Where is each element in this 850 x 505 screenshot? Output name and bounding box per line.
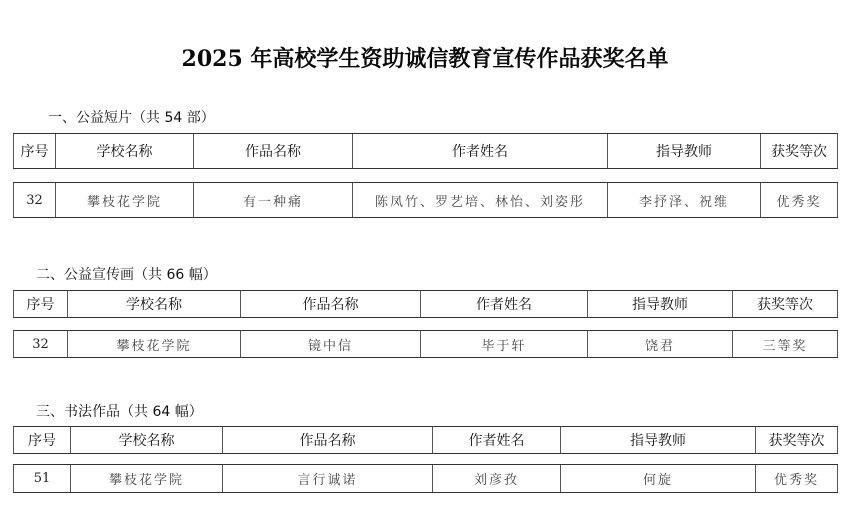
table-row: 32 攀枝花学院 有一种痛 陈凤竹、罗艺培、林怡、刘姿彤 李抒泽、祝维 优秀奖 (13, 182, 838, 218)
cell-index: 32 (13, 183, 55, 217)
cell-authors: 毕于轩 (420, 331, 587, 357)
section-heading-posters: 二、公益宣传画（共 66 幅） (36, 264, 217, 284)
document-title: 2025 年高校学生资助诚信教育宣传作品获奖名单 (0, 42, 850, 73)
cell-work: 镜中信 (240, 331, 420, 357)
cell-advisors: 饶君 (587, 331, 732, 357)
cell-authors: 刘彦孜 (432, 465, 560, 492)
table-header-row: 序号 学校名称 作品名称 作者姓名 指导教师 获奖等次 (13, 290, 838, 318)
header-award: 获奖等次 (732, 291, 838, 317)
header-index: 序号 (13, 134, 55, 168)
header-index: 序号 (13, 427, 70, 453)
section-heading-short-films: 一、公益短片（共 54 部） (48, 107, 215, 127)
cell-advisors: 李抒泽、祝维 (607, 183, 760, 217)
header-authors: 作者姓名 (352, 134, 607, 168)
header-advisors: 指导教师 (587, 291, 732, 317)
header-index: 序号 (13, 291, 67, 317)
header-advisors: 指导教师 (560, 427, 755, 453)
cell-school: 攀枝花学院 (55, 183, 193, 217)
table-header-row: 序号 学校名称 作品名称 作者姓名 指导教师 获奖等次 (13, 426, 838, 454)
cell-advisors: 何旋 (560, 465, 755, 492)
cell-award: 三等奖 (732, 331, 838, 357)
header-school: 学校名称 (70, 427, 222, 453)
cell-award: 优秀奖 (760, 183, 838, 217)
cell-school: 攀枝花学院 (67, 331, 240, 357)
section-heading-calligraphy: 三、书法作品（共 64 幅） (36, 401, 203, 421)
header-school: 学校名称 (67, 291, 240, 317)
cell-work: 言行诚诺 (222, 465, 432, 492)
header-authors: 作者姓名 (420, 291, 587, 317)
header-work: 作品名称 (222, 427, 432, 453)
cell-index: 51 (13, 465, 70, 492)
cell-school: 攀枝花学院 (70, 465, 222, 492)
header-award: 获奖等次 (755, 427, 838, 453)
cell-authors: 陈凤竹、罗艺培、林怡、刘姿彤 (352, 183, 607, 217)
cell-index: 32 (13, 331, 67, 357)
header-advisors: 指导教师 (607, 134, 760, 168)
table-short-films: 序号 学校名称 作品名称 作者姓名 指导教师 获奖等次 32 攀枝花学院 有一种… (13, 133, 838, 219)
header-work: 作品名称 (240, 291, 420, 317)
table-row: 51 攀枝花学院 言行诚诺 刘彦孜 何旋 优秀奖 (13, 464, 838, 493)
cell-work: 有一种痛 (193, 183, 352, 217)
table-posters: 序号 学校名称 作品名称 作者姓名 指导教师 获奖等次 32 攀枝花学院 镜中信… (13, 290, 838, 358)
cell-award: 优秀奖 (755, 465, 838, 492)
table-row: 32 攀枝花学院 镜中信 毕于轩 饶君 三等奖 (13, 330, 838, 358)
header-school: 学校名称 (55, 134, 193, 168)
header-work: 作品名称 (193, 134, 352, 168)
table-header-row: 序号 学校名称 作品名称 作者姓名 指导教师 获奖等次 (13, 133, 838, 169)
header-award: 获奖等次 (760, 134, 838, 168)
header-authors: 作者姓名 (432, 427, 560, 453)
table-calligraphy: 序号 学校名称 作品名称 作者姓名 指导教师 获奖等次 51 攀枝花学院 言行诚… (13, 426, 838, 494)
